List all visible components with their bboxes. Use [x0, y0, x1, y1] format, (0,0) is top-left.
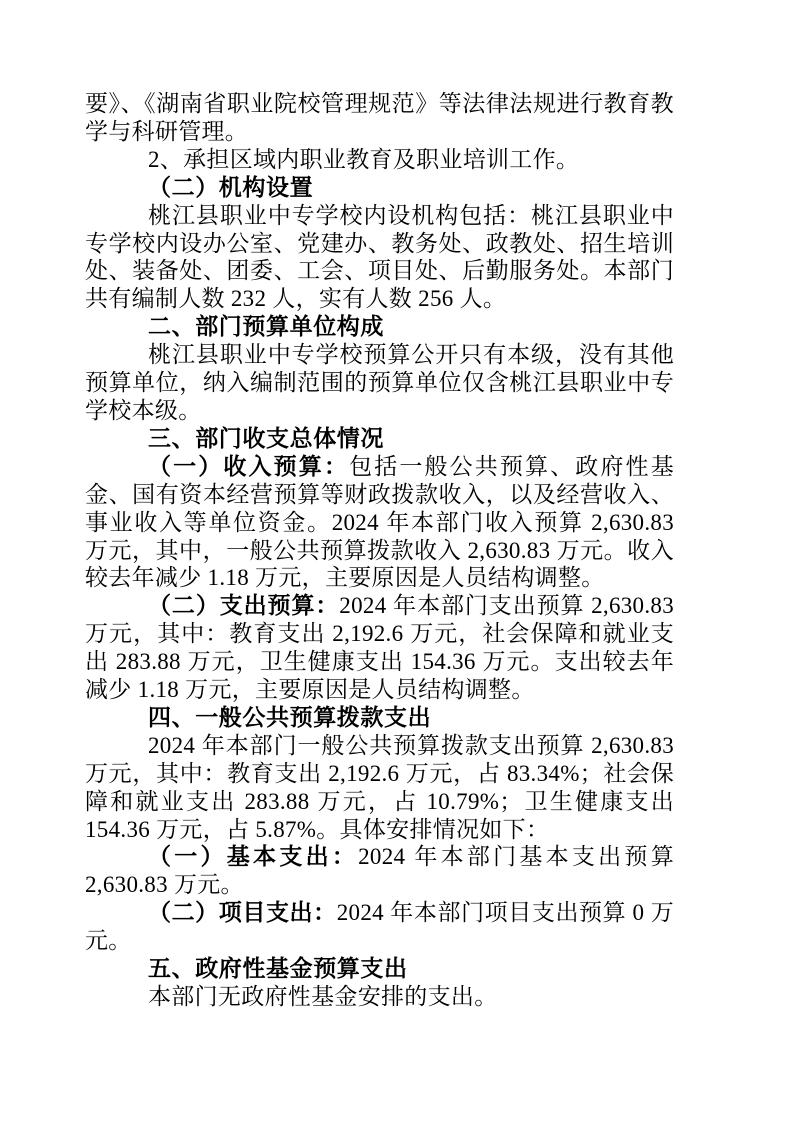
paragraph: 2、承担区域内职业教育及职业培训工作。	[85, 146, 674, 174]
section-heading: （二）机构设置	[85, 174, 674, 202]
paragraph: 桃江县职业中专学校预算公开只有本级，没有其他预算单位，纳入编制范围的预算单位仅含…	[85, 341, 674, 425]
section-heading: 五、政府性基金预算支出	[85, 955, 674, 983]
section-heading: 二、部门预算单位构成	[85, 313, 674, 341]
paragraph: （一）收入预算：包括一般公共预算、政府性基金、国有资本经营预算等财政拨款收入，以…	[85, 453, 674, 593]
document-page: 要》、《湖南省职业院校管理规范》等法律法规进行教育教学与科研管理。2、承担区域内…	[0, 0, 793, 1122]
paragraph: 桃江县职业中专学校内设机构包括：桃江县职业中专学校内设办公室、党建办、教务处、政…	[85, 202, 674, 314]
paragraph: （二）项目支出：2024 年本部门项目支出预算 0 万元。	[85, 899, 674, 955]
paragraph: 本部门无政府性基金安排的支出。	[85, 983, 674, 1011]
paragraph-lead: （一）收入预算：	[148, 453, 349, 479]
section-heading: 三、部门收支总体情况	[85, 425, 674, 453]
section-heading: 四、一般公共预算拨款支出	[85, 704, 674, 732]
paragraph: 要》、《湖南省职业院校管理规范》等法律法规进行教育教学与科研管理。	[85, 90, 674, 146]
paragraph: （一）基本支出：2024 年本部门基本支出预算 2,630.83 万元。	[85, 843, 674, 899]
paragraph-lead: （二）支出预算：	[148, 592, 339, 618]
paragraph: 2024 年本部门一般公共预算拨款支出预算 2,630.83 万元，其中：教育支…	[85, 732, 674, 844]
document-body: 要》、《湖南省职业院校管理规范》等法律法规进行教育教学与科研管理。2、承担区域内…	[85, 90, 674, 1011]
paragraph-lead: （二）项目支出：	[148, 899, 337, 925]
paragraph: （二）支出预算：2024 年本部门支出预算 2,630.83 万元，其中：教育支…	[85, 592, 674, 704]
paragraph-lead: （一）基本支出：	[148, 843, 358, 869]
